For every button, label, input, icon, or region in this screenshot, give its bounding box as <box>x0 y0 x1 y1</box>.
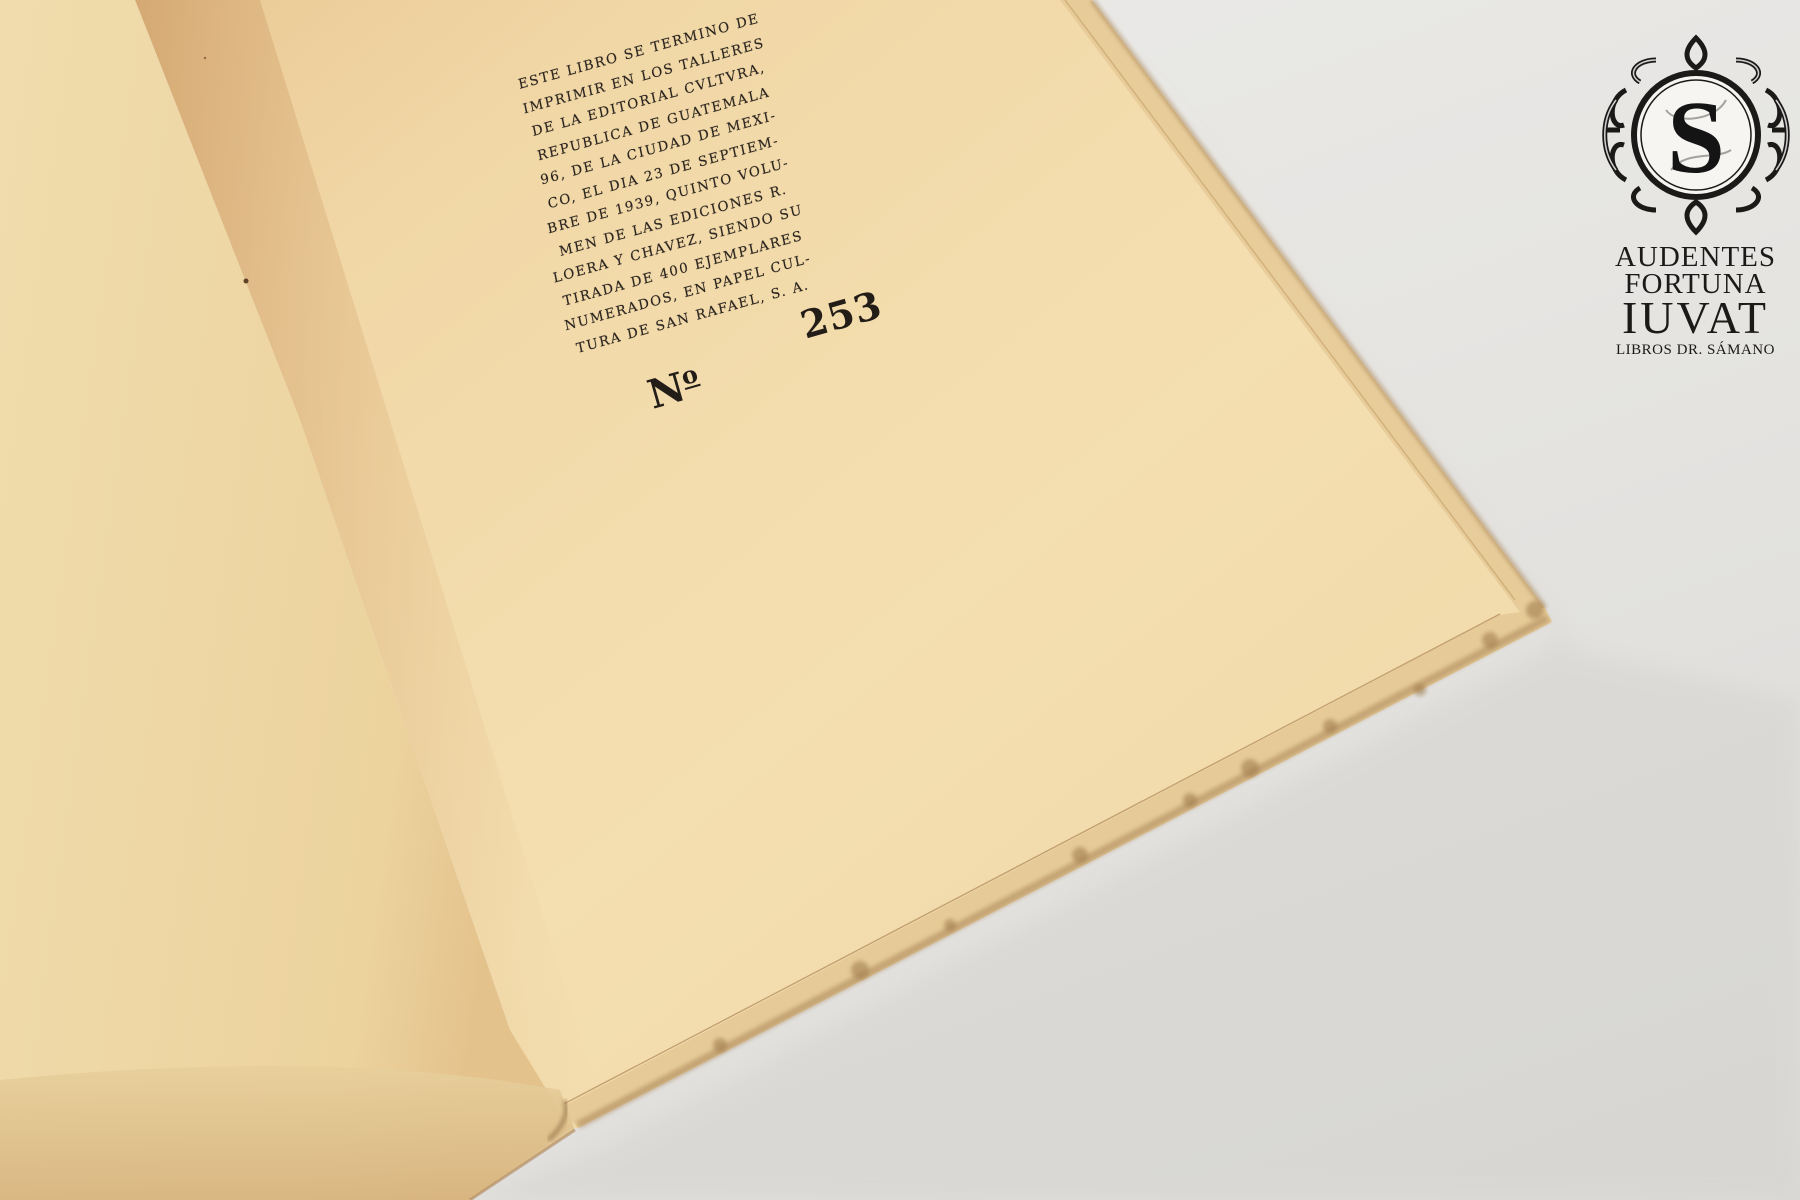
photo-scene: ESTE LIBRO SE TERMINO DE IMPRIMIR EN LOS… <box>0 0 1800 1200</box>
motto-line-3: IUVAT <box>1593 297 1798 339</box>
motto-line-1: AUDENTES <box>1593 244 1798 271</box>
seller-name: LIBROS DR. SÁMANO <box>1593 342 1798 359</box>
monogram-crest-icon: S <box>1596 30 1796 240</box>
svg-text:S: S <box>1667 80 1725 195</box>
watermark-motto: AUDENTES FORTUNA IUVAT <box>1593 244 1798 340</box>
bookseller-watermark: S AUDENTES FORTUNA IUVAT LIBROS DR. SÁMA… <box>1593 30 1798 365</box>
open-book <box>0 0 1800 1200</box>
